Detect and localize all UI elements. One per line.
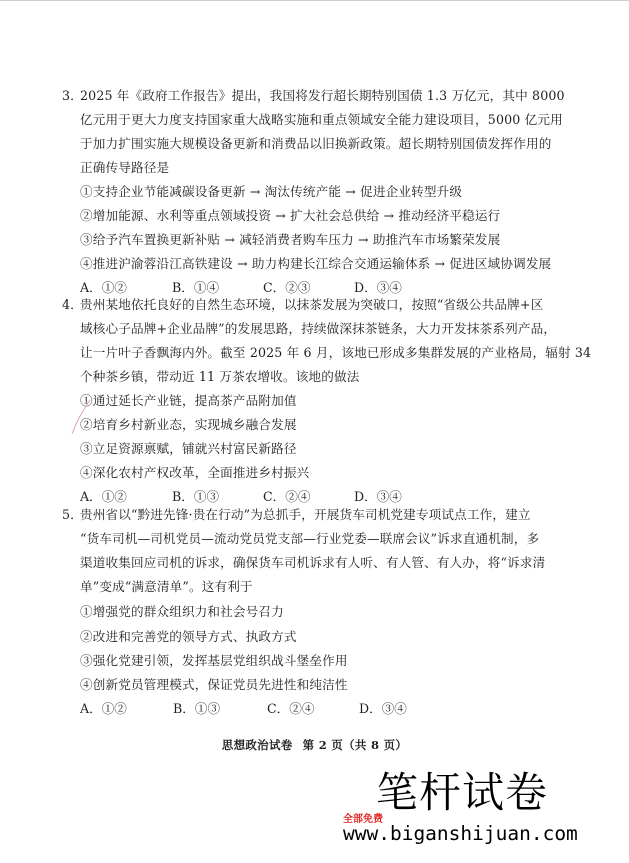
- question-5-statement-1: ①增强党的群众组织力和社会号召力: [80, 604, 284, 620]
- option-b: B．①③: [173, 701, 220, 717]
- question-3-statement-4: ④推进沪渝蓉沿江高铁建设 → 助力构建长江综合交通运输体系 → 促进区域协调发展: [80, 256, 551, 272]
- question-4-stem-line-1: 4．贵州某地依托良好的自然生态环境，以抹茶发展为突破口，按照“省级公共品牌+区: [62, 297, 543, 313]
- option-c: C．②③: [263, 280, 310, 296]
- question-5-stem-line-2: “货车司机—司机党员—流动党员党支部—行业党委—联席会议”诉求直通机制，多: [80, 531, 539, 547]
- question-3-statement-1: ①支持企业节能减碳设备更新 → 淘汰传统产能 → 促进企业转型升级: [80, 184, 462, 200]
- question-5-statement-4: ④创新党员管理模式，保证党员先进性和纯洁性: [80, 677, 348, 693]
- question-4-stem-line-2: 域核心子品牌+企业品牌”的发展思路，持续做深抹茶链条，大力开发抹茶系列产品，: [80, 321, 556, 337]
- question-3-stem-line-1: 3．2025 年《政府工作报告》提出，我国将发行超长期特别国债 1.3 万亿元，…: [62, 88, 565, 104]
- question-5-stem-line-4: 单”变成“满意清单”。这有利于: [80, 579, 253, 595]
- question-3-statement-2: ②增加能源、水利等重点领域投资 → 扩大社会总供给 → 推动经济平稳运行: [80, 208, 500, 224]
- option-b: B．①③: [172, 489, 219, 505]
- option-b: B．①④: [172, 280, 219, 296]
- question-5-statement-2: ②改进和完善党的领导方式、执政方式: [80, 629, 297, 645]
- option-c: C．②④: [263, 489, 310, 505]
- question-3-stem-line-4: 正确传导路径是: [80, 160, 169, 176]
- question-4-stem-line-3: 让一片叶子香飘海内外。截至 2025 年 6 月，该地已形成多集群发展的产业格局…: [80, 345, 591, 361]
- watermark-title: 笔杆试卷: [376, 770, 548, 816]
- question-5-statement-3: ③强化党建引领，发挥基层党组织战斗堡垒作用: [80, 653, 348, 669]
- option-a: A．①②: [80, 489, 127, 505]
- question-4-statement-4: ④深化农村产权改革，全面推进乡村振兴: [80, 465, 309, 481]
- question-number: 5．: [62, 507, 80, 523]
- option-a: A．①②: [80, 280, 127, 296]
- question-3-stem-line-2: 亿元用于更大力度支持国家重大战略实施和重点领域安全能力建设项目，5000 亿元用: [80, 112, 563, 128]
- question-5-stem-line-1: 5．贵州省以“黔进先锋·贵在行动”为总抓手，开展货车司机党建专项试点工作，建立: [62, 507, 531, 523]
- option-c: C．②④: [267, 701, 314, 717]
- question-4-statement-3: ③立足资源禀赋，铺就兴村富民新路径: [80, 441, 297, 457]
- option-d: D．③④: [354, 280, 402, 296]
- question-4-statement-1: ①通过延长产业链，提高茶产品附加值: [80, 393, 297, 409]
- question-4-statement-2: ②培育乡村新业态，实现城乡融合发展: [80, 417, 297, 433]
- question-3-statement-3: ③给予汽车置换更新补贴 → 减轻消费者购车压力 → 助推汽车市场繁荣发展: [80, 232, 500, 248]
- question-5-stem-line-3: 渠道收集回应司机的诉求，确保货车司机诉求有人听、有人管、有人办，将“诉求清: [80, 555, 545, 571]
- exam-page: 3．2025 年《政府工作报告》提出，我国将发行超长期特别国债 1.3 万亿元，…: [0, 0, 629, 863]
- question-4-stem-line-4: 个种茶乡镇，带动近 11 万茶农增收。该地的做法: [80, 369, 360, 385]
- option-a: A．①②: [80, 701, 127, 717]
- page-footer: 思想政治试卷第 2 页（共 8 页）: [0, 737, 629, 753]
- option-d: D．③④: [359, 701, 407, 717]
- footer-subject: 思想政治试卷: [222, 738, 293, 752]
- footer-page-number: 第 2 页（共 8 页）: [303, 738, 408, 752]
- question-number: 4．: [62, 297, 80, 313]
- question-3-stem-line-3: 于加力扩围实施大规模设备更新和消费品以旧换新政策。超长期特别国债发挥作用的: [80, 136, 552, 152]
- option-d: D．③④: [354, 489, 402, 505]
- watermark-url: www.biganshijuan.com: [343, 822, 578, 846]
- question-number: 3．: [62, 88, 80, 104]
